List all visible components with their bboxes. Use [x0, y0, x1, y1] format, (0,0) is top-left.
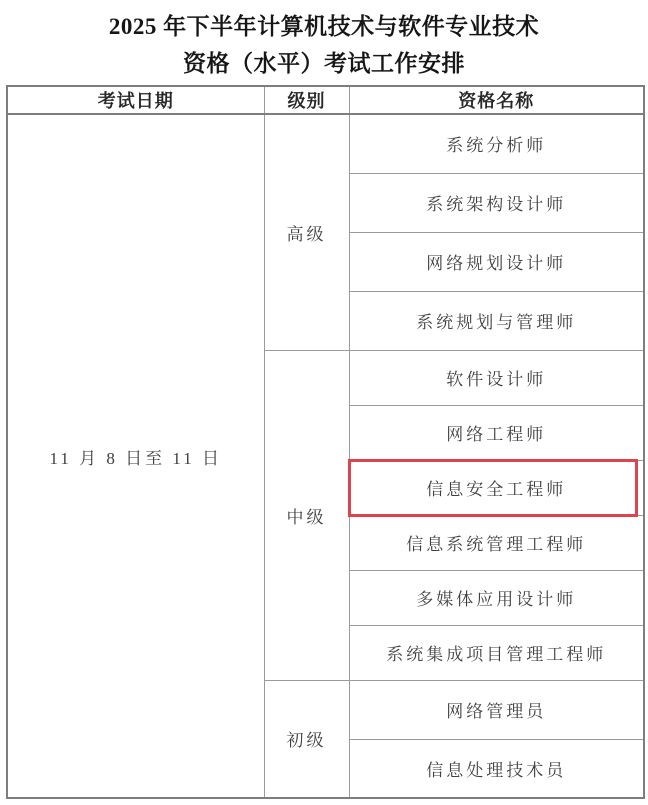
qualification-cell-information-processing-technician: 信息处理技术员 [349, 739, 644, 798]
table-header-row: 考试日期 级别 资格名称 [7, 86, 644, 114]
exam-date-cell: 11 月 8 日至 11 日 [7, 114, 264, 798]
qualification-cell-systems-architect: 系统架构设计师 [349, 173, 644, 232]
level-cell-junior: 初级 [264, 680, 349, 798]
header-level: 级别 [264, 86, 349, 114]
document-title: 2025 年下半年计算机技术与软件专业技术 资格（水平）考试工作安排 [0, 13, 648, 77]
qualification-cell-network-planning-designer: 网络规划设计师 [349, 232, 644, 291]
qualification-cell-system-planning-manager: 系统规划与管理师 [349, 291, 644, 350]
qualification-cell-info-systems-management-engineer: 信息系统管理工程师 [349, 515, 644, 570]
level-cell-intermediate: 中级 [264, 350, 349, 680]
header-qualification-name: 资格名称 [349, 86, 644, 114]
qualification-cell-software-designer: 软件设计师 [349, 350, 644, 405]
highlighted-qualification-label: 信息安全工程师 [426, 480, 566, 499]
qualification-cell-system-integration-pm-engineer: 系统集成项目管理工程师 [349, 625, 644, 680]
header-exam-date: 考试日期 [7, 86, 264, 114]
level-cell-senior: 高级 [264, 114, 349, 350]
qualification-cell-network-administrator: 网络管理员 [349, 680, 644, 739]
qualification-cell-network-engineer: 网络工程师 [349, 405, 644, 460]
title-line-2: 资格（水平）考试工作安排 [0, 50, 648, 77]
qualification-cell-systems-analyst: 系统分析师 [349, 114, 644, 173]
qualification-cell-multimedia-application-designer: 多媒体应用设计师 [349, 570, 644, 625]
table-row: 11 月 8 日至 11 日 高级 系统分析师 [7, 114, 644, 173]
document-page: 2025 年下半年计算机技术与软件专业技术 资格（水平）考试工作安排 考试日期 … [0, 0, 648, 805]
exam-schedule-table: 考试日期 级别 资格名称 11 月 8 日至 11 日 高级 系统分析师 系统架… [6, 85, 645, 799]
qualification-cell-information-security-engineer: 信息安全工程师 [349, 460, 644, 515]
title-line-1: 2025 年下半年计算机技术与软件专业技术 [0, 13, 648, 40]
